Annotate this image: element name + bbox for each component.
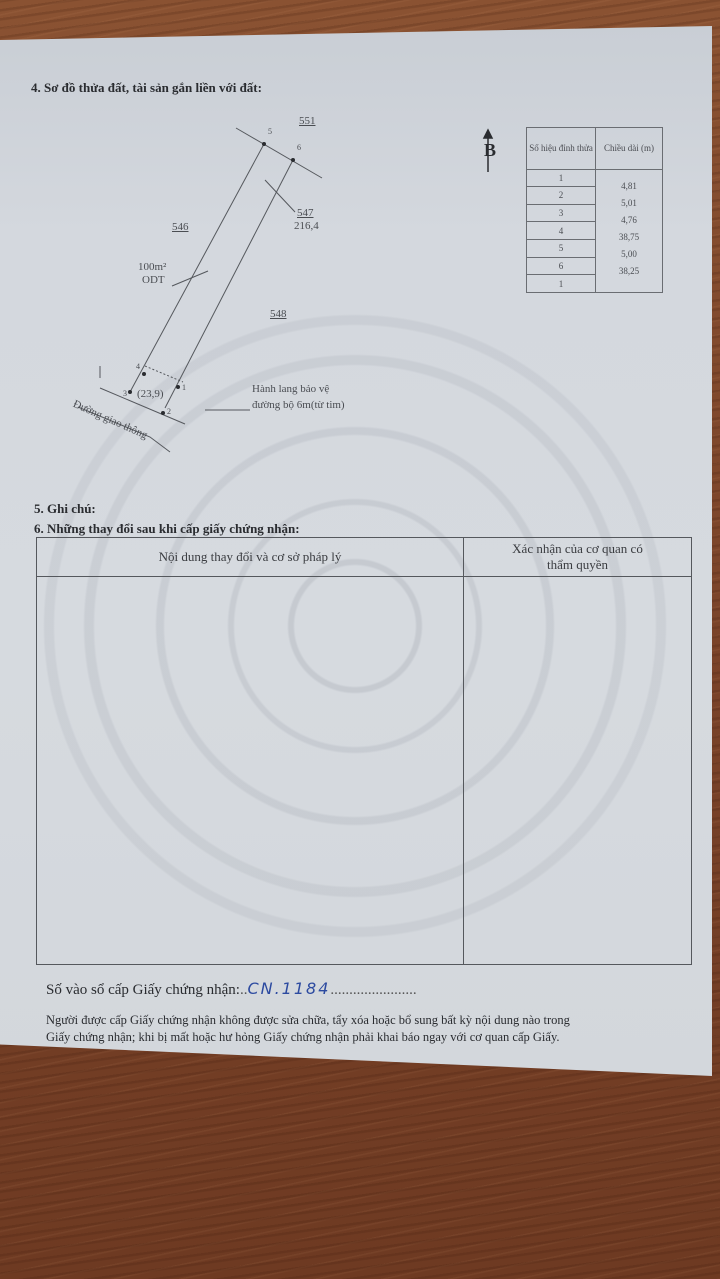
header-change-content: Nội dung thay đổi và cơ sở pháp lý: [37, 538, 464, 577]
section-6-title: 6. Những thay đổi sau khi cấp giấy chứng…: [34, 521, 300, 537]
corridor-note-line-2: đường bộ 6m(từ tim): [252, 399, 345, 411]
vertex-2: 2: [167, 407, 171, 416]
corridor-note-line-1: Hành lang bảo vệ: [252, 383, 329, 395]
length-value: 4,76: [596, 212, 662, 229]
road-width-label: (23,9): [137, 388, 164, 400]
boundary-length-table: Số hiệu đỉnh thửa Chiều dài (m) 1 4,81 5…: [526, 127, 663, 293]
authority-confirmation-cell: [464, 577, 692, 965]
parcel-546: 546: [172, 221, 189, 233]
vertex-4: 4: [136, 362, 140, 371]
header-authority-confirmation: Xác nhận của cơ quan có thẩm quyền: [464, 538, 692, 577]
length-value: 38,25: [596, 263, 662, 280]
vertex-cell: 1: [527, 275, 596, 293]
parcel-547: 547: [297, 207, 314, 219]
vertex-cell: 1: [527, 169, 596, 187]
parcel-548: 548: [270, 308, 287, 320]
warning-line-2: Giấy chứng nhận; khi bị mất hoặc hư hỏng…: [46, 1030, 560, 1045]
vertex-cell: 5: [527, 240, 596, 258]
warning-line-1: Người được cấp Giấy chứng nhận không đượ…: [46, 1013, 570, 1028]
length-value: 5,00: [596, 246, 662, 263]
north-symbol: B: [484, 140, 496, 161]
subject-area: 100m²: [138, 261, 166, 273]
registry-number-line: Số vào sổ cấp Giấy chứng nhận:..CN.1184.…: [46, 979, 417, 999]
registry-number: CN.1184: [247, 979, 330, 998]
header-vertex-id: Số hiệu đỉnh thửa: [527, 128, 596, 170]
length-value: 4,81: [596, 178, 662, 195]
length-value: 5,01: [596, 195, 662, 212]
change-content-cell: [37, 577, 464, 965]
subject-land-use: ODT: [142, 274, 165, 286]
section-5-title: 5. Ghi chú:: [34, 501, 96, 517]
parcel-551: 551: [299, 115, 316, 127]
length-value: 38,75: [596, 229, 662, 246]
vertex-1: 1: [182, 383, 186, 392]
registry-label: Số vào sổ cấp Giấy chứng nhận:: [46, 982, 240, 998]
header-length: Chiều dài (m): [596, 128, 663, 170]
vertex-cell: 4: [527, 222, 596, 240]
vertex-6: 6: [297, 143, 301, 152]
vertex-cell: 2: [527, 187, 596, 205]
parcel-547-area: 216,4: [294, 220, 319, 232]
vertex-3: 3: [123, 389, 127, 398]
changes-table: Nội dung thay đổi và cơ sở pháp lý Xác n…: [36, 537, 692, 965]
lengths-column: 4,81 5,01 4,76 38,75 5,00 38,25: [596, 169, 663, 293]
vertex-cell: 3: [527, 204, 596, 222]
vertex-5: 5: [268, 127, 272, 136]
vertex-cell: 6: [527, 257, 596, 275]
